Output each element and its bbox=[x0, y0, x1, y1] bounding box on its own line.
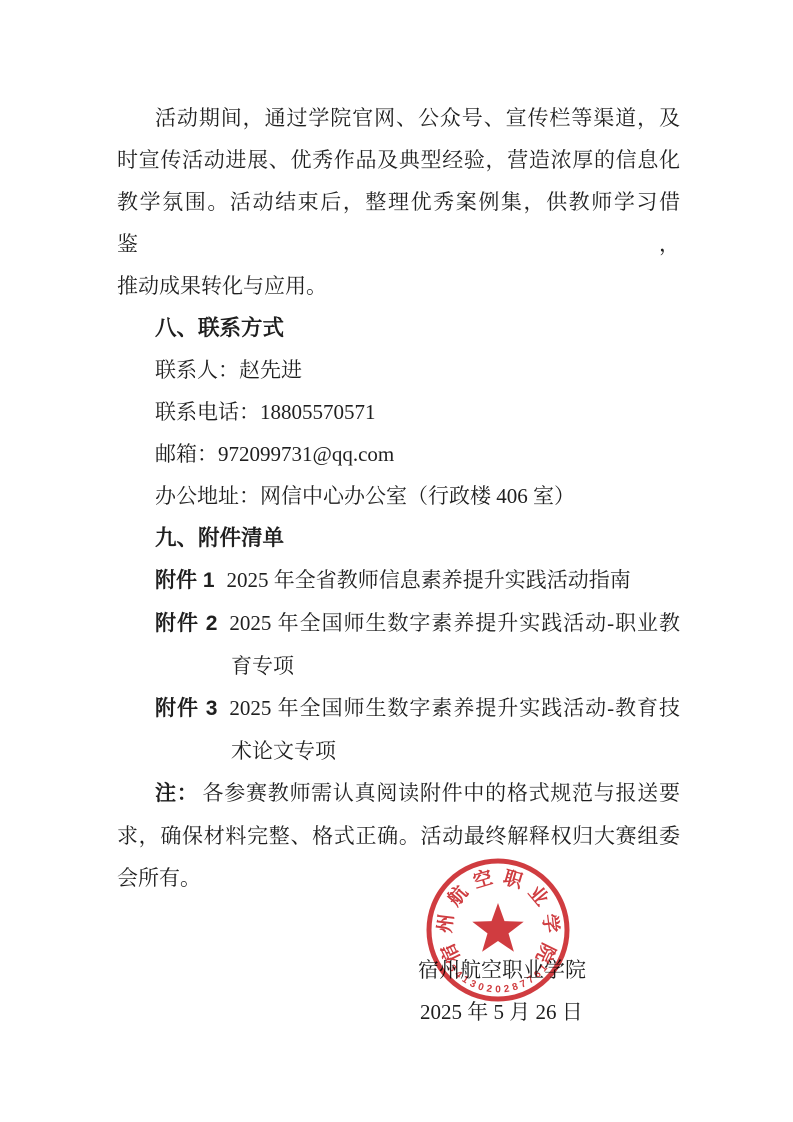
note-paragraph-line: 注：各参赛教师需认真阅读附件中的格式规范与报送要 bbox=[117, 772, 680, 815]
attachment-item-2: 附件 22025 年全国师生数字素养提升实践活动-职业教 bbox=[117, 602, 680, 645]
office-address: 办公地址：网信中心办公室（行政楼 406 室） bbox=[117, 475, 680, 517]
blank-line bbox=[117, 899, 680, 941]
intro-paragraph-line: 推动成果转化与应用。 bbox=[117, 265, 680, 307]
note-paragraph-line: 求，确保材料完整、格式正确。活动最终解释权归大赛组委 bbox=[117, 815, 680, 857]
attachment-title: 2025 年全省教师信息素养提升实践活动指南 bbox=[227, 568, 631, 592]
section-heading-attachments: 九、附件清单 bbox=[117, 517, 680, 559]
attachment-title: 2025 年全国师生数字素养提升实践活动-教育技 bbox=[229, 696, 680, 720]
intro-paragraph-line: 活动期间，通过学院官网、公众号、宣传栏等渠道，及 bbox=[117, 97, 680, 139]
attachment-label: 附件 1 bbox=[155, 569, 215, 592]
document-body: 活动期间，通过学院官网、公众号、宣传栏等渠道，及 时宣传活动进展、优秀作品及典型… bbox=[117, 97, 680, 1033]
note-label: 注： bbox=[155, 782, 198, 805]
note-paragraph-line: 会所有。 bbox=[117, 857, 680, 899]
signature-date: 2025 年 5 月 26 日 bbox=[117, 991, 680, 1033]
attachment-item-3: 附件 32025 年全国师生数字素养提升实践活动-教育技 bbox=[117, 687, 680, 730]
contact-person: 联系人：赵先进 bbox=[117, 349, 680, 391]
document-page: 活动期间，通过学院官网、公众号、宣传栏等渠道，及 时宣传活动进展、优秀作品及典型… bbox=[0, 0, 793, 1122]
attachment-item-2-continued: 育专项 bbox=[117, 645, 680, 687]
closing-block: 宿州航空职业学院 2025 年 5 月 26 日 bbox=[117, 949, 680, 1033]
attachment-label: 附件 3 bbox=[155, 697, 217, 720]
signature-organization: 宿州航空职业学院 bbox=[117, 949, 680, 991]
attachment-label: 附件 2 bbox=[155, 612, 217, 635]
intro-paragraph-line: 教学氛围。活动结束后，整理优秀案例集，供教师学习借鉴， bbox=[117, 181, 680, 265]
note-text: 各参赛教师需认真阅读附件中的格式规范与报送要 bbox=[202, 781, 680, 805]
intro-paragraph-line: 时宣传活动进展、优秀作品及典型经验，营造浓厚的信息化 bbox=[117, 139, 680, 181]
attachment-item-3-continued: 术论文专项 bbox=[117, 730, 680, 772]
attachment-title: 2025 年全国师生数字素养提升实践活动-职业教 bbox=[229, 611, 680, 635]
contact-phone: 联系电话：18805570571 bbox=[117, 391, 680, 433]
contact-email: 邮箱：972099731@qq.com bbox=[117, 433, 680, 475]
section-heading-contact: 八、联系方式 bbox=[117, 307, 680, 349]
attachment-item-1: 附件 12025 年全省教师信息素养提升实践活动指南 bbox=[117, 559, 680, 602]
